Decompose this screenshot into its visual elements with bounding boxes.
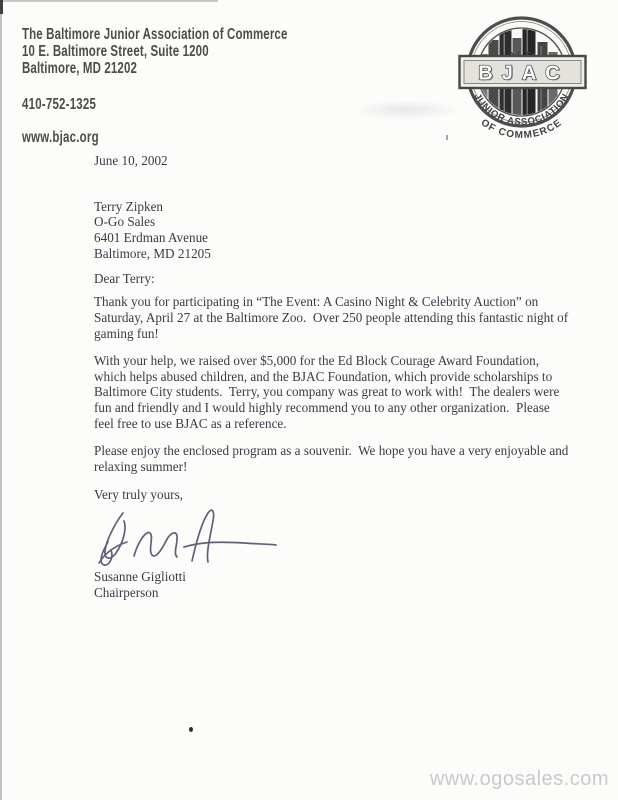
- scan-edge-top: [0, 0, 218, 2]
- salutation: Dear Terry:: [94, 271, 572, 287]
- recipient-address: Terry Zipken O-Go Sales 6401 Erdman Aven…: [94, 199, 572, 262]
- org-address-line2: Baltimore, MD 21202: [22, 60, 340, 77]
- org-website: www.bjac.org: [22, 129, 340, 147]
- scan-smudge: [352, 100, 462, 120]
- paragraph-1: Thank you for participating in “The Even…: [94, 294, 572, 341]
- recipient-street: 6401 Erdman Avenue: [94, 230, 572, 246]
- paragraph-3: Please enjoy the enclosed program as a s…: [94, 443, 572, 474]
- scanned-letter-page: The Baltimore Junior Association of Comm…: [0, 0, 618, 800]
- scan-edge-left: [0, 0, 2, 800]
- recipient-city: Baltimore, MD 21205: [94, 246, 572, 262]
- closing: Very truly yours,: [94, 487, 572, 503]
- logo-banner-text: BJAC: [478, 63, 568, 85]
- signature-handwriting-icon: [96, 506, 281, 568]
- scan-speck: [189, 727, 193, 732]
- bjac-logo-stamp: THE BALTIMORE JUNIOR ASSOCIATION OF COMM…: [454, 8, 590, 154]
- letter-body: June 10, 2002 Terry Zipken O-Go Sales 64…: [94, 153, 572, 600]
- recipient-name: Terry Zipken: [94, 199, 572, 215]
- bjac-logo-icon: THE BALTIMORE JUNIOR ASSOCIATION OF COMM…: [454, 8, 590, 154]
- logo-banner: BJAC BJAC: [460, 56, 586, 88]
- recipient-company: O-Go Sales: [94, 214, 572, 230]
- letterhead: The Baltimore Junior Association of Comm…: [22, 26, 340, 147]
- scan-corner-mark: [0, 0, 3, 14]
- scan-speck: [446, 135, 448, 140]
- org-name: The Baltimore Junior Association of Comm…: [22, 26, 340, 43]
- signer-title: Chairperson: [94, 585, 572, 601]
- letter-date: June 10, 2002: [94, 153, 572, 169]
- signer-name: Susanne Gigliotti: [94, 569, 572, 585]
- org-address-line1: 10 E. Baltimore Street, Suite 1200: [22, 43, 340, 60]
- org-phone: 410-752-1325: [22, 96, 340, 114]
- watermark-url: www.ogosales.com: [430, 768, 609, 791]
- paragraph-2: With your help, we raised over $5,000 fo…: [94, 353, 572, 431]
